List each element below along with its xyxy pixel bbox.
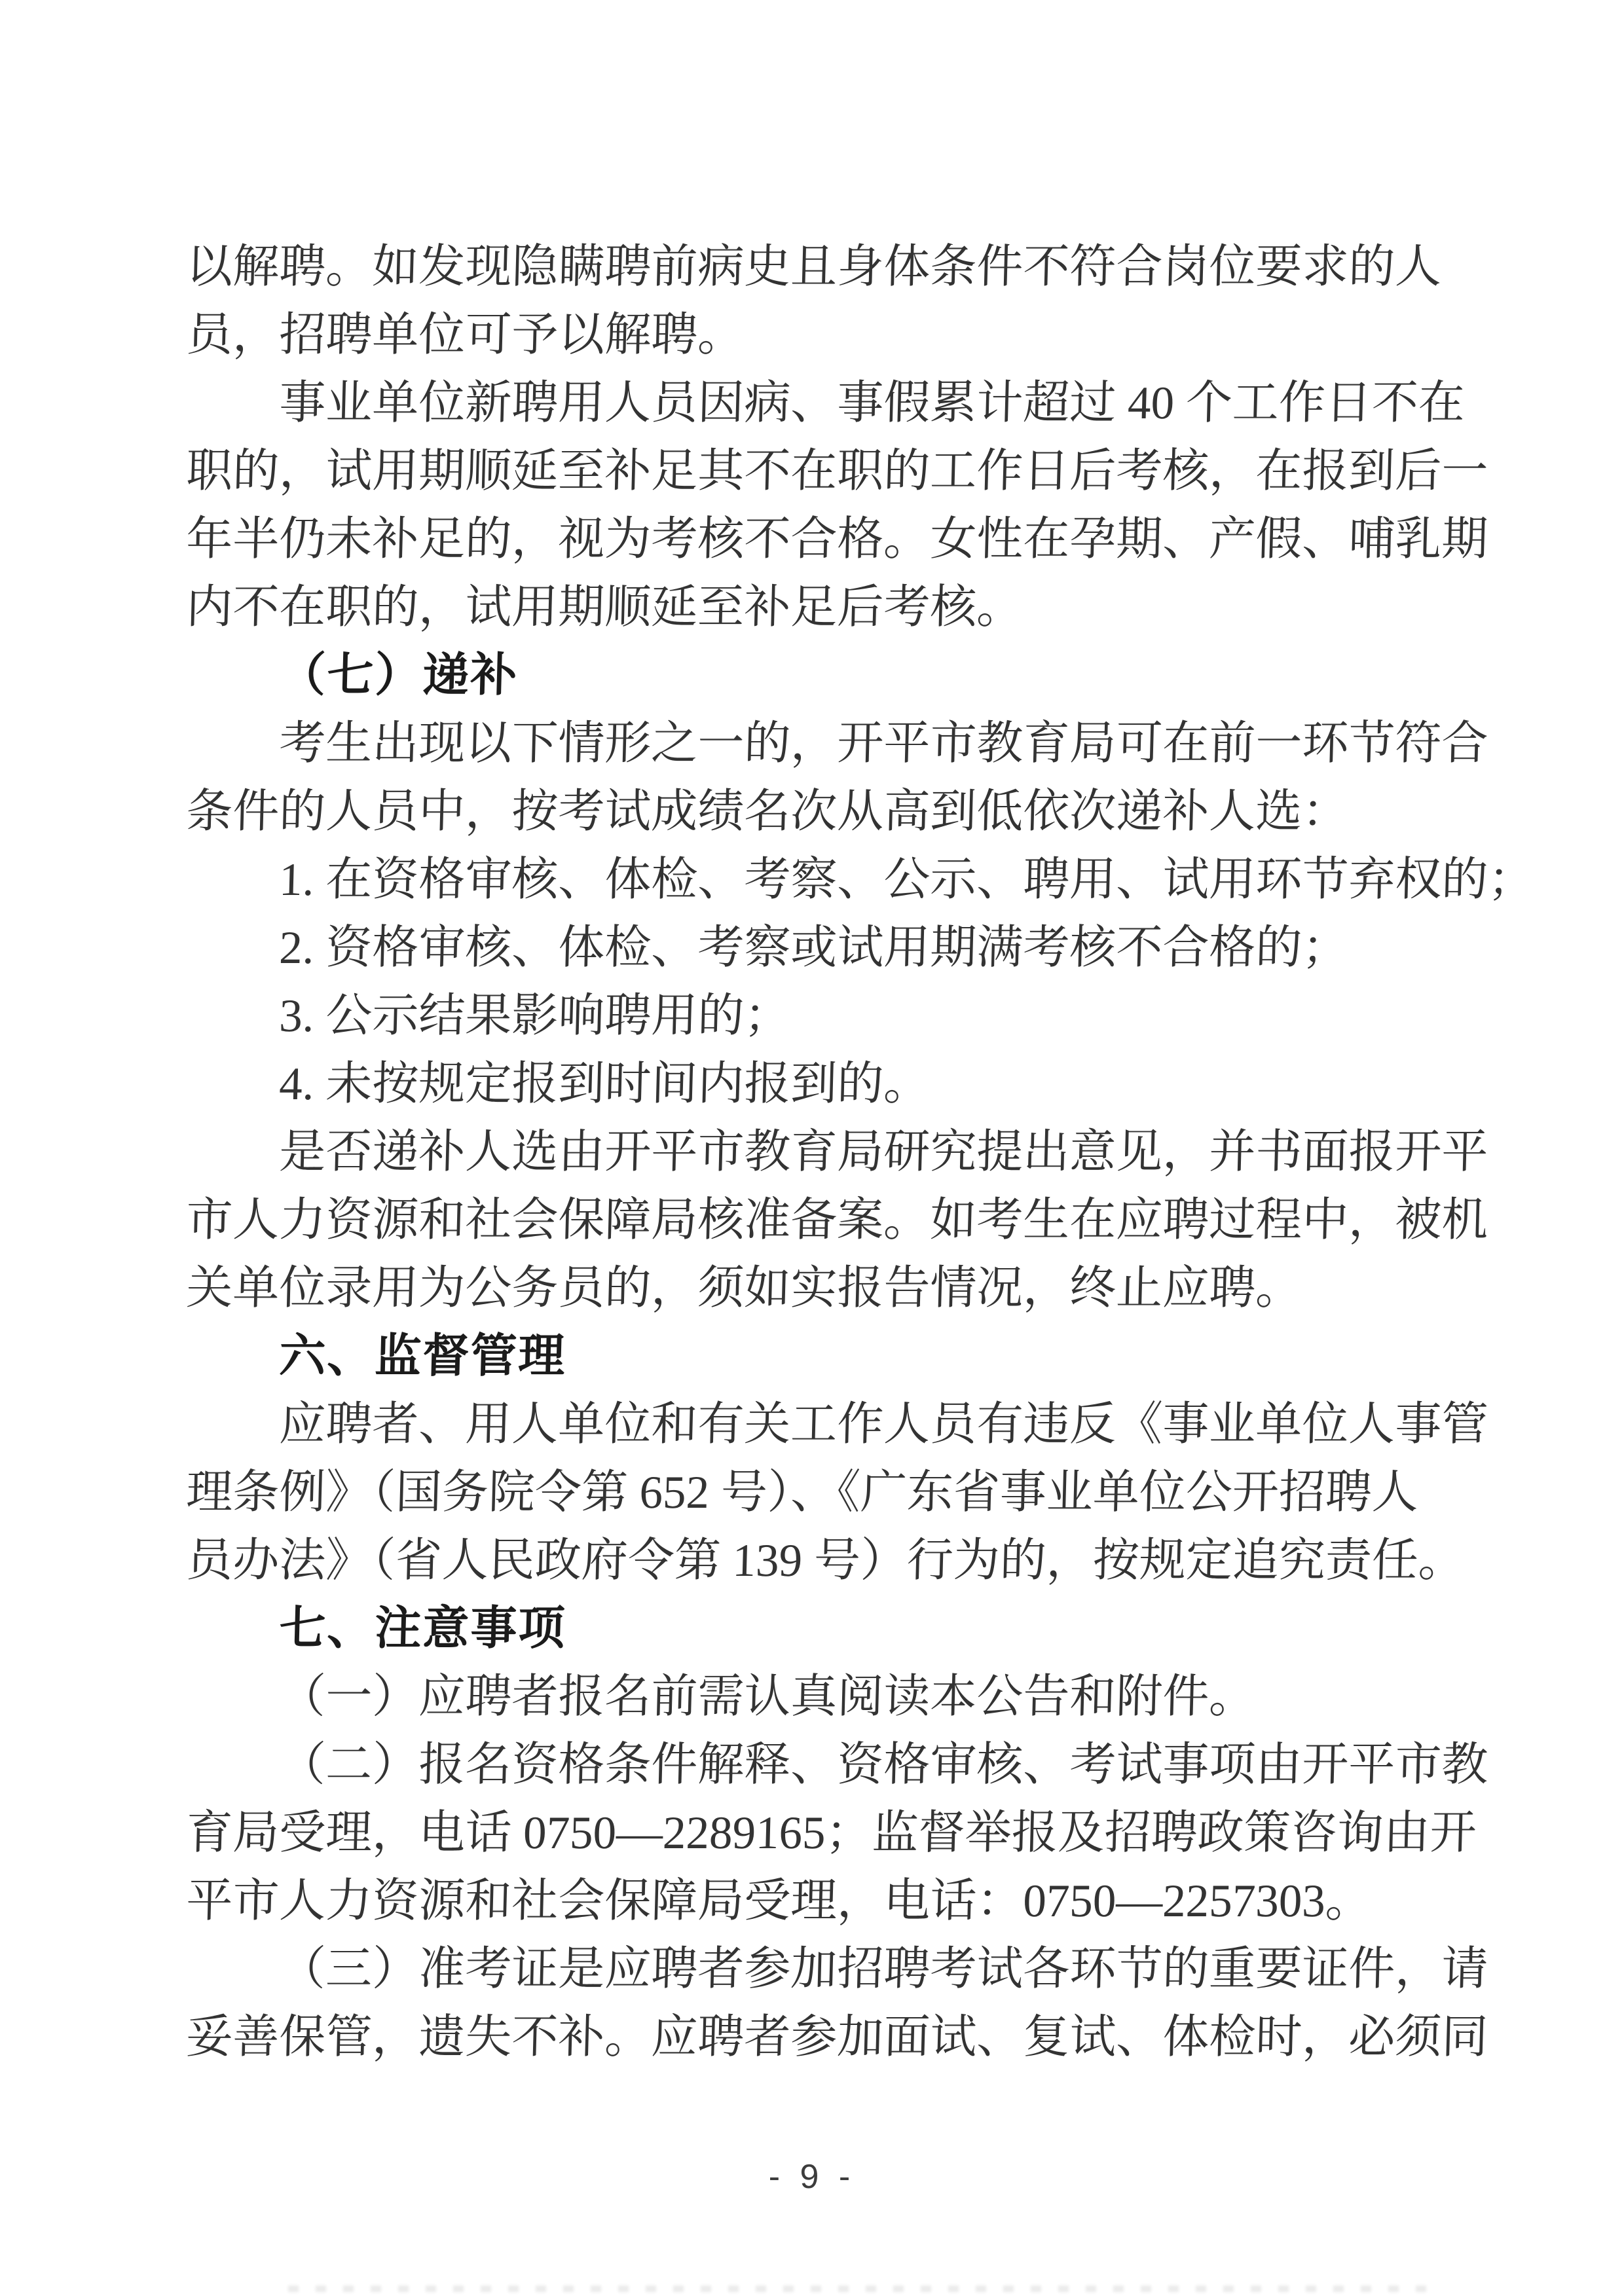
text-line: 年半仍未补足的，视为考核不合格。女性在孕期、产假、哺乳期 — [185, 505, 1446, 574]
section-heading: 六、监督管理 — [185, 1322, 1446, 1391]
section-heading: 七、注意事项 — [185, 1595, 1446, 1663]
text-line: 应聘者、用人单位和有关工作人员有违反《事业单位人事管 — [185, 1391, 1446, 1459]
text-line: 员办法》（省人民政府令第 139 号）行为的，按规定追究责任。 — [185, 1527, 1446, 1595]
text-line: 3. 公示结果影响聘用的； — [185, 982, 1446, 1050]
section-heading: （七）递补 — [185, 642, 1446, 710]
text-line: 4. 未按规定报到时间内报到的。 — [185, 1050, 1446, 1118]
text-line: （一）应聘者报名前需认真阅读本公告和附件。 — [185, 1663, 1446, 1731]
text-line: 妥善保管，遗失不补。应聘者参加面试、复试、体检时，必须同 — [185, 2003, 1446, 2071]
text-line: 考生出现以下情形之一的，开平市教育局可在前一环节符合 — [185, 710, 1446, 778]
text-line: 育局受理，电话 0750—2289165；监督举报及招聘政策咨询由开 — [185, 1799, 1446, 1867]
text-block: 以解聘。如发现隐瞒聘前病史且身体条件不符合岗位要求的人员，招聘单位可予以解聘。事… — [185, 233, 1444, 2071]
text-line: 员，招聘单位可予以解聘。 — [185, 301, 1446, 369]
text-line: 平市人力资源和社会保障局受理，电话：0750—2257303。 — [185, 1867, 1446, 1935]
text-line: 2. 资格审核、体检、考察或试用期满考核不合格的； — [185, 914, 1446, 982]
text-line: 1. 在资格审核、体检、考察、公示、聘用、试用环节弃权的； — [185, 846, 1446, 914]
text-line: 职的，试用期顺延至补足其不在职的工作日后考核，在报到后一 — [185, 437, 1446, 505]
text-line: 条件的人员中，按考试成绩名次从高到低依次递补人选： — [185, 778, 1446, 846]
scan-ghost-line — [288, 2286, 1441, 2292]
text-line: 是否递补人选由开平市教育局研究提出意见，并书面报开平 — [185, 1118, 1446, 1186]
text-line: （三）准考证是应聘者参加招聘考试各环节的重要证件，请 — [185, 1935, 1446, 2003]
text-line: 内不在职的，试用期顺延至补足后考核。 — [185, 574, 1446, 642]
text-line: （二）报名资格条件解释、资格审核、考试事项由开平市教 — [185, 1731, 1446, 1799]
text-line: 理条例》（国务院令第 652 号）、《广东省事业单位公开招聘人 — [185, 1459, 1446, 1527]
text-line: 市人力资源和社会保障局核准备案。如考生在应聘过程中，被机 — [185, 1186, 1446, 1254]
page-number: - 9 - — [0, 2157, 1624, 2196]
text-line: 事业单位新聘用人员因病、事假累计超过 40 个工作日不在 — [185, 369, 1446, 437]
text-line: 关单位录用为公务员的，须如实报告情况，终止应聘。 — [185, 1254, 1446, 1322]
document-page: 以解聘。如发现隐瞒聘前病史且身体条件不符合岗位要求的人员，招聘单位可予以解聘。事… — [0, 0, 1624, 2296]
text-line: 以解聘。如发现隐瞒聘前病史且身体条件不符合岗位要求的人 — [185, 233, 1446, 301]
